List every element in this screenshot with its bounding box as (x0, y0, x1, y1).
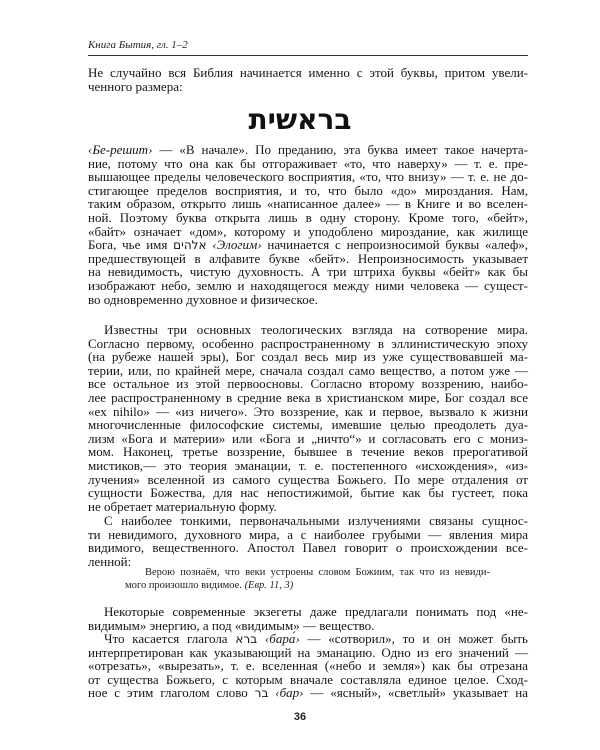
text-line: ти невидимого, духовного мира, а с наибо… (88, 528, 528, 542)
text-line: видимого, вещественного. Апостол Павел г… (88, 541, 528, 555)
text-line: ное с этим глаголом слово בר ‹бар› — «яс… (88, 686, 528, 700)
header-rule (88, 55, 528, 56)
hebrew-bara: ברא (235, 632, 257, 646)
text-line: вышающее пределы человеческого восприяти… (88, 170, 528, 184)
text-line: во одновременно духовное и физическое. (88, 293, 528, 307)
text-line: интерпретирован как указывающий на эмана… (88, 646, 528, 660)
page-number: 36 (0, 711, 600, 723)
text-fragment: — «В начале». По преданию, эта буква име… (152, 142, 528, 157)
text-line: С наиболее тонкими, первоначальными излу… (88, 514, 528, 528)
text-line: Бога, чье имя אלהים ‹Элогим› начинается … (88, 238, 528, 252)
paragraph-emanations: С наиболее тонкими, первоначальными излу… (88, 514, 528, 568)
text-fragment: Что касается глагола (104, 631, 235, 646)
text-line: не обретает материальную форму. (88, 500, 528, 514)
text-line: мом. Наконец, третье воззрение, бывшее в… (88, 445, 528, 459)
text-fragment: начинается с непроизносимой буквы «алеф»… (267, 237, 528, 252)
translit-bar: ‹бар› (268, 685, 310, 700)
text-line: Согласно первому, особенно распространен… (88, 337, 528, 351)
text-line: ние, потому что она как бы отгораживает … (88, 157, 528, 171)
text-line: «ex nihilo» — «из ничего». Это воззрение… (88, 405, 528, 419)
text-line: Некоторые современные экзегеты даже пред… (88, 605, 528, 619)
text-line: «байт» означает «дом», которому и уподоб… (88, 225, 528, 239)
text-line: (на рубеже нашей эры), Бог создал весь м… (88, 350, 528, 364)
text-line: таким образом, открыто лишь «написанное … (88, 197, 528, 211)
hebrew-bereshit-word: בראשית (0, 103, 600, 136)
text-line: Известны три основных теологических взгл… (88, 323, 528, 337)
text-line: стигающее пределов восприятия, и то, что… (88, 184, 528, 198)
text-line: предшествующей в алфавите букве «бейт». … (88, 252, 528, 266)
translit-bara: ‹бара́› (257, 631, 307, 646)
intro-paragraph: Не случайно вся Библия начинается именно… (88, 66, 528, 93)
text-line: лучения» вселенной из самого существа Бо… (88, 473, 528, 487)
hebrew-bar: בר (255, 686, 269, 700)
quote-line: Верою познаём, что веки устроены словом … (125, 566, 490, 579)
scripture-reference: (Евр. 11, 3) (245, 580, 294, 591)
text-line: изображают небо, землю и находящегося ме… (88, 279, 528, 293)
text-line: лее распространенному в средние века в х… (88, 391, 528, 405)
text-line: ной. Поэтому буква открыта лишь в одну с… (88, 211, 528, 225)
running-head: Книга Бытия, гл. 1–2 (88, 39, 528, 51)
text-line: терии, или, по крайней мере, сначала соз… (88, 364, 528, 378)
translit-elohim: ‹Элогим› (207, 237, 268, 252)
book-page: Книга Бытия, гл. 1–2 Не случайно вся Биб… (0, 0, 600, 750)
paragraph-bara: Что касается глагола ברא ‹бара́› — «сотв… (88, 632, 528, 700)
text-fragment: — «ясный», «светлый» указывает на (310, 685, 528, 700)
text-line: ‹Бе-решит› — «В начале». По преданию, эт… (88, 143, 528, 157)
quote-line: мого произошло видимое. (Евр. 11, 3) (125, 579, 490, 592)
text-fragment: мого произошло видимое. (125, 580, 245, 591)
text-fragment: Бога, чье имя (88, 237, 173, 252)
term-bereshit: ‹Бе-решит› (88, 142, 152, 157)
text-line: лизм «Бога и материи» или «Бога и „ничто… (88, 432, 528, 446)
text-fragment: — «сотворил», то и он может быть (307, 631, 528, 646)
scripture-quote: Верою познаём, что веки устроены словом … (125, 566, 490, 592)
text-line: мистиков,— это теория эманации, т. е. по… (88, 459, 528, 473)
text-line: ченного размера: (88, 80, 528, 94)
text-line: «отрезать», «вырезать», т. е. вселенная … (88, 659, 528, 673)
text-line: от существа Божьего, с которым вначале с… (88, 673, 528, 687)
text-line: многочисленные философские системы, имев… (88, 418, 528, 432)
text-line: Что касается глагола ברא ‹бара́› — «сотв… (88, 632, 528, 646)
paragraph-bereshit: ‹Бе-решит› — «В начале». По преданию, эт… (88, 143, 528, 306)
text-line: сущности Божества, для нас непостижимой,… (88, 486, 528, 500)
text-line: все остальное из этой первоосновы. Согла… (88, 377, 528, 391)
paragraph-three-views: Известны три основных теологических взгл… (88, 323, 528, 513)
text-line: на невидимость, чистую духовность. А три… (88, 265, 528, 279)
text-line: Не случайно вся Библия начинается именно… (88, 66, 528, 80)
paragraph-exegetes: Некоторые современные экзегеты даже пред… (88, 605, 528, 632)
text-fragment: ное с этим глаголом слово (88, 685, 255, 700)
